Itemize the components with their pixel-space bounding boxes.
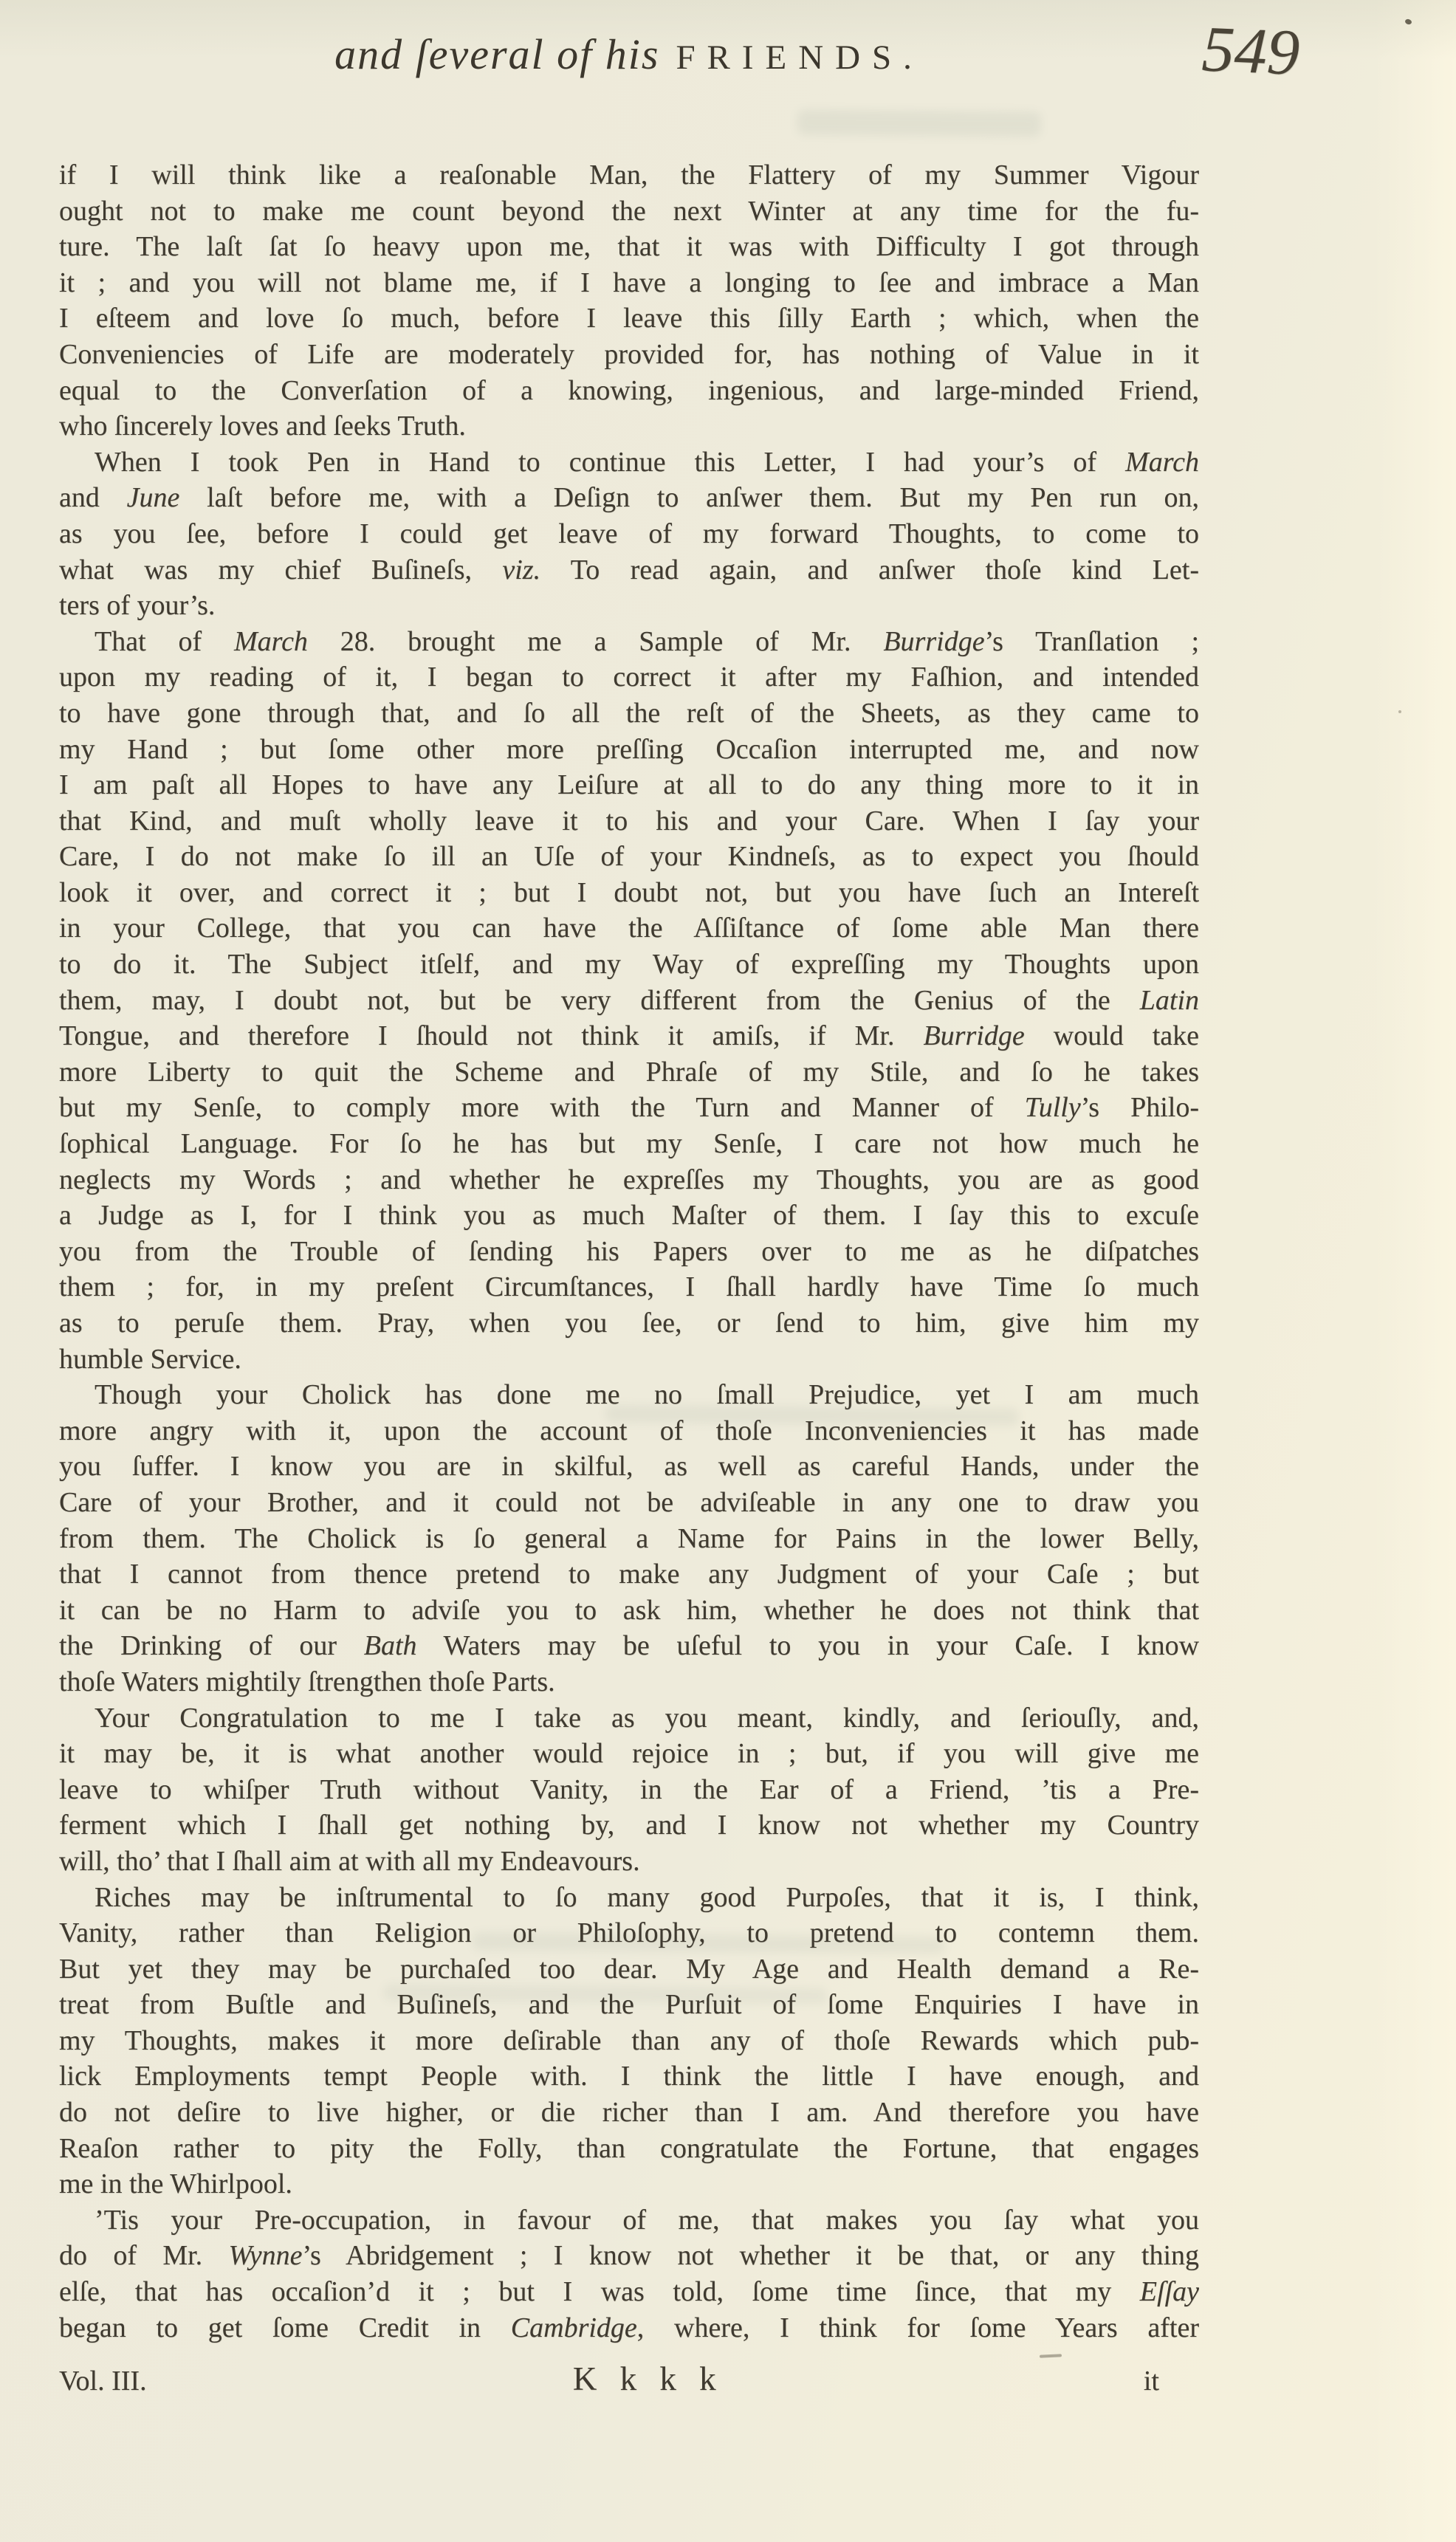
text-segment: Though your Cholick has done me no ſmall… [95, 1379, 1199, 1410]
text-segment: thoſe Waters mightily ſtrengthen thoſe P… [59, 1666, 555, 1697]
text-line: But yet they may be purchaſed too dear. … [59, 1951, 1199, 1988]
text-line: do of Mr. Wynne’s Abridgement ; I know n… [59, 2238, 1199, 2274]
text-segment: Tongue, and therefore I ſhould not think… [59, 1020, 923, 1051]
text-segment: from them. The Cholick is ſo general a N… [59, 1523, 1199, 1554]
text-line: if I will think like a reaſonable Man, t… [59, 157, 1199, 193]
text-segment: I eſteem and love ſo much, before I leav… [59, 303, 1199, 334]
running-header: and ſeveral of hisFRIENDS. [59, 30, 1199, 79]
ink-speck [1398, 710, 1401, 713]
text-segment: ’s Philo- [1081, 1092, 1199, 1123]
text-line: will, tho’ that I ſhall aim at with all … [59, 1844, 1199, 1880]
text-line: it ; and you will not blame me, if I hav… [59, 265, 1199, 301]
text-line: you ſuffer. I know you are in skilful, a… [59, 1449, 1199, 1485]
page-number: 549 [1201, 17, 1301, 86]
text-segment: ſophical Language. For ſo he has but my … [59, 1128, 1199, 1159]
body-text: if I will think like a reaſonable Man, t… [59, 157, 1199, 2346]
text-segment: that I cannot from thence pretend to mak… [59, 1559, 1199, 1590]
signature-mark: K k k k [573, 2360, 718, 2398]
text-segment: Your Congratulation to me I take as you … [95, 1703, 1199, 1734]
text-segment: to do it. The Subject itſelf, and my Way… [59, 949, 1199, 980]
text-segment: ought not to make me count beyond the ne… [59, 196, 1199, 227]
text-segment: When I took Pen in Hand to continue this… [95, 447, 1125, 478]
text-segment: ’s Abridgement ; I know not whether it b… [302, 2240, 1199, 2271]
text-line: them ; for, in my preſent Circumſtances,… [59, 1269, 1199, 1305]
text-line: as to peruſe them. Pray, when you ſee, o… [59, 1305, 1199, 1342]
italic-text: Eſſay [1140, 2276, 1199, 2307]
text-segment: my Hand ; but ſome other more preſſing O… [59, 734, 1199, 765]
text-line: equal to the Converſation of a knowing, … [59, 373, 1199, 409]
text-line: elſe, that has occaſion’d it ; but I was… [59, 2274, 1199, 2310]
text-segment: it can be no Harm to adviſe you to ask h… [59, 1595, 1199, 1626]
text-line: Care, I do not make ſo ill an Uſe of you… [59, 839, 1199, 875]
text-line: that Kind, and muſt wholly leave it to h… [59, 803, 1199, 839]
text-line: When I took Pen in Hand to continue this… [59, 444, 1199, 481]
text-segment: and [59, 482, 127, 513]
text-line: as you ſee, before I could get leave of … [59, 516, 1199, 552]
text-line: me in the Whirlpool. [59, 2166, 1199, 2202]
text-line: That of March 28. brought me a Sample of… [59, 624, 1199, 660]
paragraph: Riches may be inſtrumental to ſo many go… [59, 1880, 1199, 2202]
text-line: ’Tis your Pre-occupation, in favour of m… [59, 2202, 1199, 2239]
show-through-mark [797, 110, 1041, 137]
text-segment: in your College, that you can have the A… [59, 913, 1199, 944]
text-segment: would take [1025, 1020, 1199, 1051]
text-line: I eſteem and love ſo much, before I leav… [59, 300, 1199, 337]
text-segment: do of Mr. [59, 2240, 229, 2271]
text-line: Vanity, rather than Religion or Philoſop… [59, 1915, 1199, 1951]
text-segment: as to peruſe them. Pray, when you ſee, o… [59, 1308, 1199, 1339]
text-line: in your College, that you can have the A… [59, 910, 1199, 947]
text-line: from them. The Cholick is ſo general a N… [59, 1521, 1199, 1557]
text-line: but my Senſe, to comply more with the Tu… [59, 1090, 1199, 1126]
text-line: a Judge as I, for I think you as much Ma… [59, 1198, 1199, 1234]
text-line: ture. The laſt ſat ſo heavy upon me, tha… [59, 229, 1199, 265]
text-line: ferment which I ſhall get nothing by, an… [59, 1807, 1199, 1844]
paragraph: That of March 28. brought me a Sample of… [59, 624, 1199, 1377]
text-segment: , where, I think for ſome Years after [637, 2312, 1199, 2343]
italic-text: March [234, 626, 308, 657]
text-line: ters of your’s. [59, 588, 1199, 624]
text-segment: began to get ſome Credit in [59, 2312, 511, 2343]
text-segment: ters of your’s. [59, 590, 215, 621]
text-segment: equal to the Converſation of a knowing, … [59, 375, 1199, 406]
text-segment: but my Senſe, to comply more with the Tu… [59, 1092, 1025, 1123]
text-segment: I am paſt all Hopes to have any Leiſure … [59, 769, 1199, 800]
text-segment: more angry with it, upon the account of … [59, 1415, 1199, 1446]
text-line: leave to whiſper Truth without Vanity, i… [59, 1772, 1199, 1808]
text-segment: ’Tis your Pre-occupation, in favour of m… [95, 2205, 1199, 2236]
text-line: Your Congratulation to me I take as you … [59, 1700, 1199, 1737]
text-line: it can be no Harm to adviſe you to ask h… [59, 1593, 1199, 1629]
text-line: upon my reading of it, I began to correc… [59, 659, 1199, 695]
text-line: look it over, and correct it ; but I dou… [59, 875, 1199, 911]
page-footer: Vol. III. K k k k it [59, 2360, 1159, 2398]
text-line: Riches may be inſtrumental to ſo many go… [59, 1880, 1199, 1916]
text-segment: ’s Tranſlation ; [985, 626, 1199, 657]
text-line: ought not to make me count beyond the ne… [59, 193, 1199, 230]
text-segment: laſt before me, with a Deſign to anſwer … [179, 482, 1199, 513]
text-segment: ture. The laſt ſat ſo heavy upon me, tha… [59, 231, 1199, 262]
text-segment: But yet they may be purchaſed too dear. … [59, 1954, 1199, 1985]
text-segment: who ſincerely loves and ſeeks Truth. [59, 411, 466, 442]
text-line: more angry with it, upon the account of … [59, 1413, 1199, 1449]
text-segment: that Kind, and muſt wholly leave it to h… [59, 805, 1199, 837]
text-segment: ferment which I ſhall get nothing by, an… [59, 1810, 1199, 1841]
paragraph: Though your Cholick has done me no ſmall… [59, 1377, 1199, 1700]
text-segment: Care, I do not make ſo ill an Uſe of you… [59, 841, 1199, 872]
text-segment: more Liberty to quit the Scheme and Phra… [59, 1057, 1199, 1088]
text-line: to have gone through that, and ſo all th… [59, 695, 1199, 732]
volume-label: Vol. III. [59, 2365, 147, 2397]
text-segment: 28. brought me a Sample of Mr. [308, 626, 883, 657]
text-line: Reaſon rather to pity the Folly, than co… [59, 2131, 1199, 2167]
ink-smudge [1040, 2354, 1062, 2358]
book-page-scan: and ſeveral of hisFRIENDS. 549 if I will… [0, 0, 1456, 2542]
text-segment: my Thoughts, makes it more deſirable tha… [59, 2025, 1199, 2056]
text-segment: look it over, and correct it ; but I dou… [59, 877, 1199, 908]
text-segment: elſe, that has occaſion’d it ; but I was… [59, 2276, 1140, 2307]
text-line: ſophical Language. For ſo he has but my … [59, 1126, 1199, 1162]
text-segment: you ſuffer. I know you are in skilful, a… [59, 1451, 1199, 1482]
paragraph: if I will think like a reaſonable Man, t… [59, 157, 1199, 444]
text-segment: it ; and you will not blame me, if I hav… [59, 267, 1199, 298]
paragraph: Your Congratulation to me I take as you … [59, 1700, 1199, 1880]
italic-text: Burridge [923, 1020, 1024, 1051]
text-segment: if I will think like a reaſonable Man, t… [59, 159, 1199, 190]
text-line: that I cannot from thence pretend to mak… [59, 1556, 1199, 1593]
italic-text: Burridge [883, 626, 984, 657]
text-segment: what was my chief Buſineſs, [59, 554, 502, 585]
text-segment: Vanity, rather than Religion or Philoſop… [59, 1917, 1199, 1948]
text-line: them, may, I doubt not, but be very diff… [59, 983, 1199, 1019]
text-line: Conveniencies of Life are moderately pro… [59, 337, 1199, 373]
running-title-caps: FRIENDS. [676, 38, 923, 77]
italic-text: viz. [502, 554, 540, 585]
text-segment: Care of your Brother, and it could not b… [59, 1487, 1199, 1518]
text-line: my Thoughts, makes it more deſirable tha… [59, 2023, 1199, 2059]
text-segment: treat from Buſtle and Buſineſs, and the … [59, 1989, 1199, 2020]
italic-text: Tully [1025, 1092, 1081, 1123]
text-segment: lick Employments tempt People with. I th… [59, 2061, 1199, 2092]
text-line: I am paſt all Hopes to have any Leiſure … [59, 767, 1199, 803]
text-segment: That of [95, 626, 234, 657]
text-segment: do not deſire to live higher, or die ric… [59, 2097, 1199, 2128]
paragraph: ’Tis your Pre-occupation, in favour of m… [59, 2202, 1199, 2346]
text-line: Though your Cholick has done me no ſmall… [59, 1377, 1199, 1413]
text-line: who ſincerely loves and ſeeks Truth. [59, 408, 1199, 444]
text-segment: the Drinking of our [59, 1630, 364, 1661]
text-segment: will, tho’ that I ſhall aim at with all … [59, 1846, 640, 1877]
text-line: lick Employments tempt People with. I th… [59, 2058, 1199, 2095]
italic-text: Latin [1140, 985, 1199, 1016]
text-segment: humble Service. [59, 1344, 241, 1375]
text-line: you from the Trouble of ſending his Pape… [59, 1234, 1199, 1270]
text-segment: neglects my Words ; and whether he expre… [59, 1164, 1199, 1195]
italic-text: Wynne [229, 2240, 303, 2271]
text-segment: upon my reading of it, I began to correc… [59, 662, 1199, 693]
text-segment: a Judge as I, for I think you as much Ma… [59, 1200, 1199, 1231]
italic-text: Bath [364, 1630, 417, 1661]
text-line: thoſe Waters mightily ſtrengthen thoſe P… [59, 1664, 1199, 1700]
text-segment: Reaſon rather to pity the Folly, than co… [59, 2133, 1199, 2164]
text-segment: to have gone through that, and ſo all th… [59, 698, 1199, 729]
text-segment: Riches may be inſtrumental to ſo many go… [95, 1882, 1199, 1913]
text-line: the Drinking of our Bath Waters may be u… [59, 1628, 1199, 1664]
text-line: treat from Buſtle and Buſineſs, and the … [59, 1987, 1199, 2023]
text-line: and June laſt before me, with a Deſign t… [59, 480, 1199, 516]
text-line: do not deſire to live higher, or die ric… [59, 2095, 1199, 2131]
text-segment: it may be, it is what another would rejo… [59, 1738, 1199, 1769]
text-segment: as you ſee, before I could get leave of … [59, 518, 1199, 549]
text-line: what was my chief Buſineſs, viz. To read… [59, 552, 1199, 588]
italic-text: March [1125, 447, 1199, 478]
text-segment: Conveniencies of Life are moderately pro… [59, 339, 1199, 370]
text-line: more Liberty to quit the Scheme and Phra… [59, 1054, 1199, 1090]
italic-text: Cambridge [511, 2312, 637, 2343]
paragraph: When I took Pen in Hand to continue this… [59, 444, 1199, 624]
text-segment: me in the Whirlpool. [59, 2168, 292, 2199]
text-segment: them ; for, in my preſent Circumſtances,… [59, 1271, 1199, 1302]
text-line: humble Service. [59, 1342, 1199, 1378]
text-segment: leave to whiſper Truth without Vanity, i… [59, 1774, 1199, 1805]
text-segment: you from the Trouble of ſending his Pape… [59, 1236, 1199, 1267]
text-segment: Waters may be uſeful to you in your Caſe… [417, 1630, 1199, 1661]
italic-text: June [127, 482, 180, 513]
text-line: my Hand ; but ſome other more preſſing O… [59, 732, 1199, 768]
text-line: to do it. The Subject itſelf, and my Way… [59, 947, 1199, 983]
text-line: Tongue, and therefore I ſhould not think… [59, 1018, 1199, 1054]
text-line: began to get ſome Credit in Cambridge, w… [59, 2310, 1199, 2346]
text-line: neglects my Words ; and whether he expre… [59, 1162, 1199, 1198]
catchword: it [1144, 2365, 1159, 2397]
text-line: it may be, it is what another would rejo… [59, 1736, 1199, 1772]
running-title-italic: and ſeveral of his [334, 30, 659, 78]
ink-speck [1404, 18, 1412, 26]
text-segment: them, may, I doubt not, but be very diff… [59, 985, 1140, 1016]
text-segment: To read again, and anſwer thoſe kind Let… [540, 554, 1199, 585]
text-line: Care of your Brother, and it could not b… [59, 1485, 1199, 1521]
